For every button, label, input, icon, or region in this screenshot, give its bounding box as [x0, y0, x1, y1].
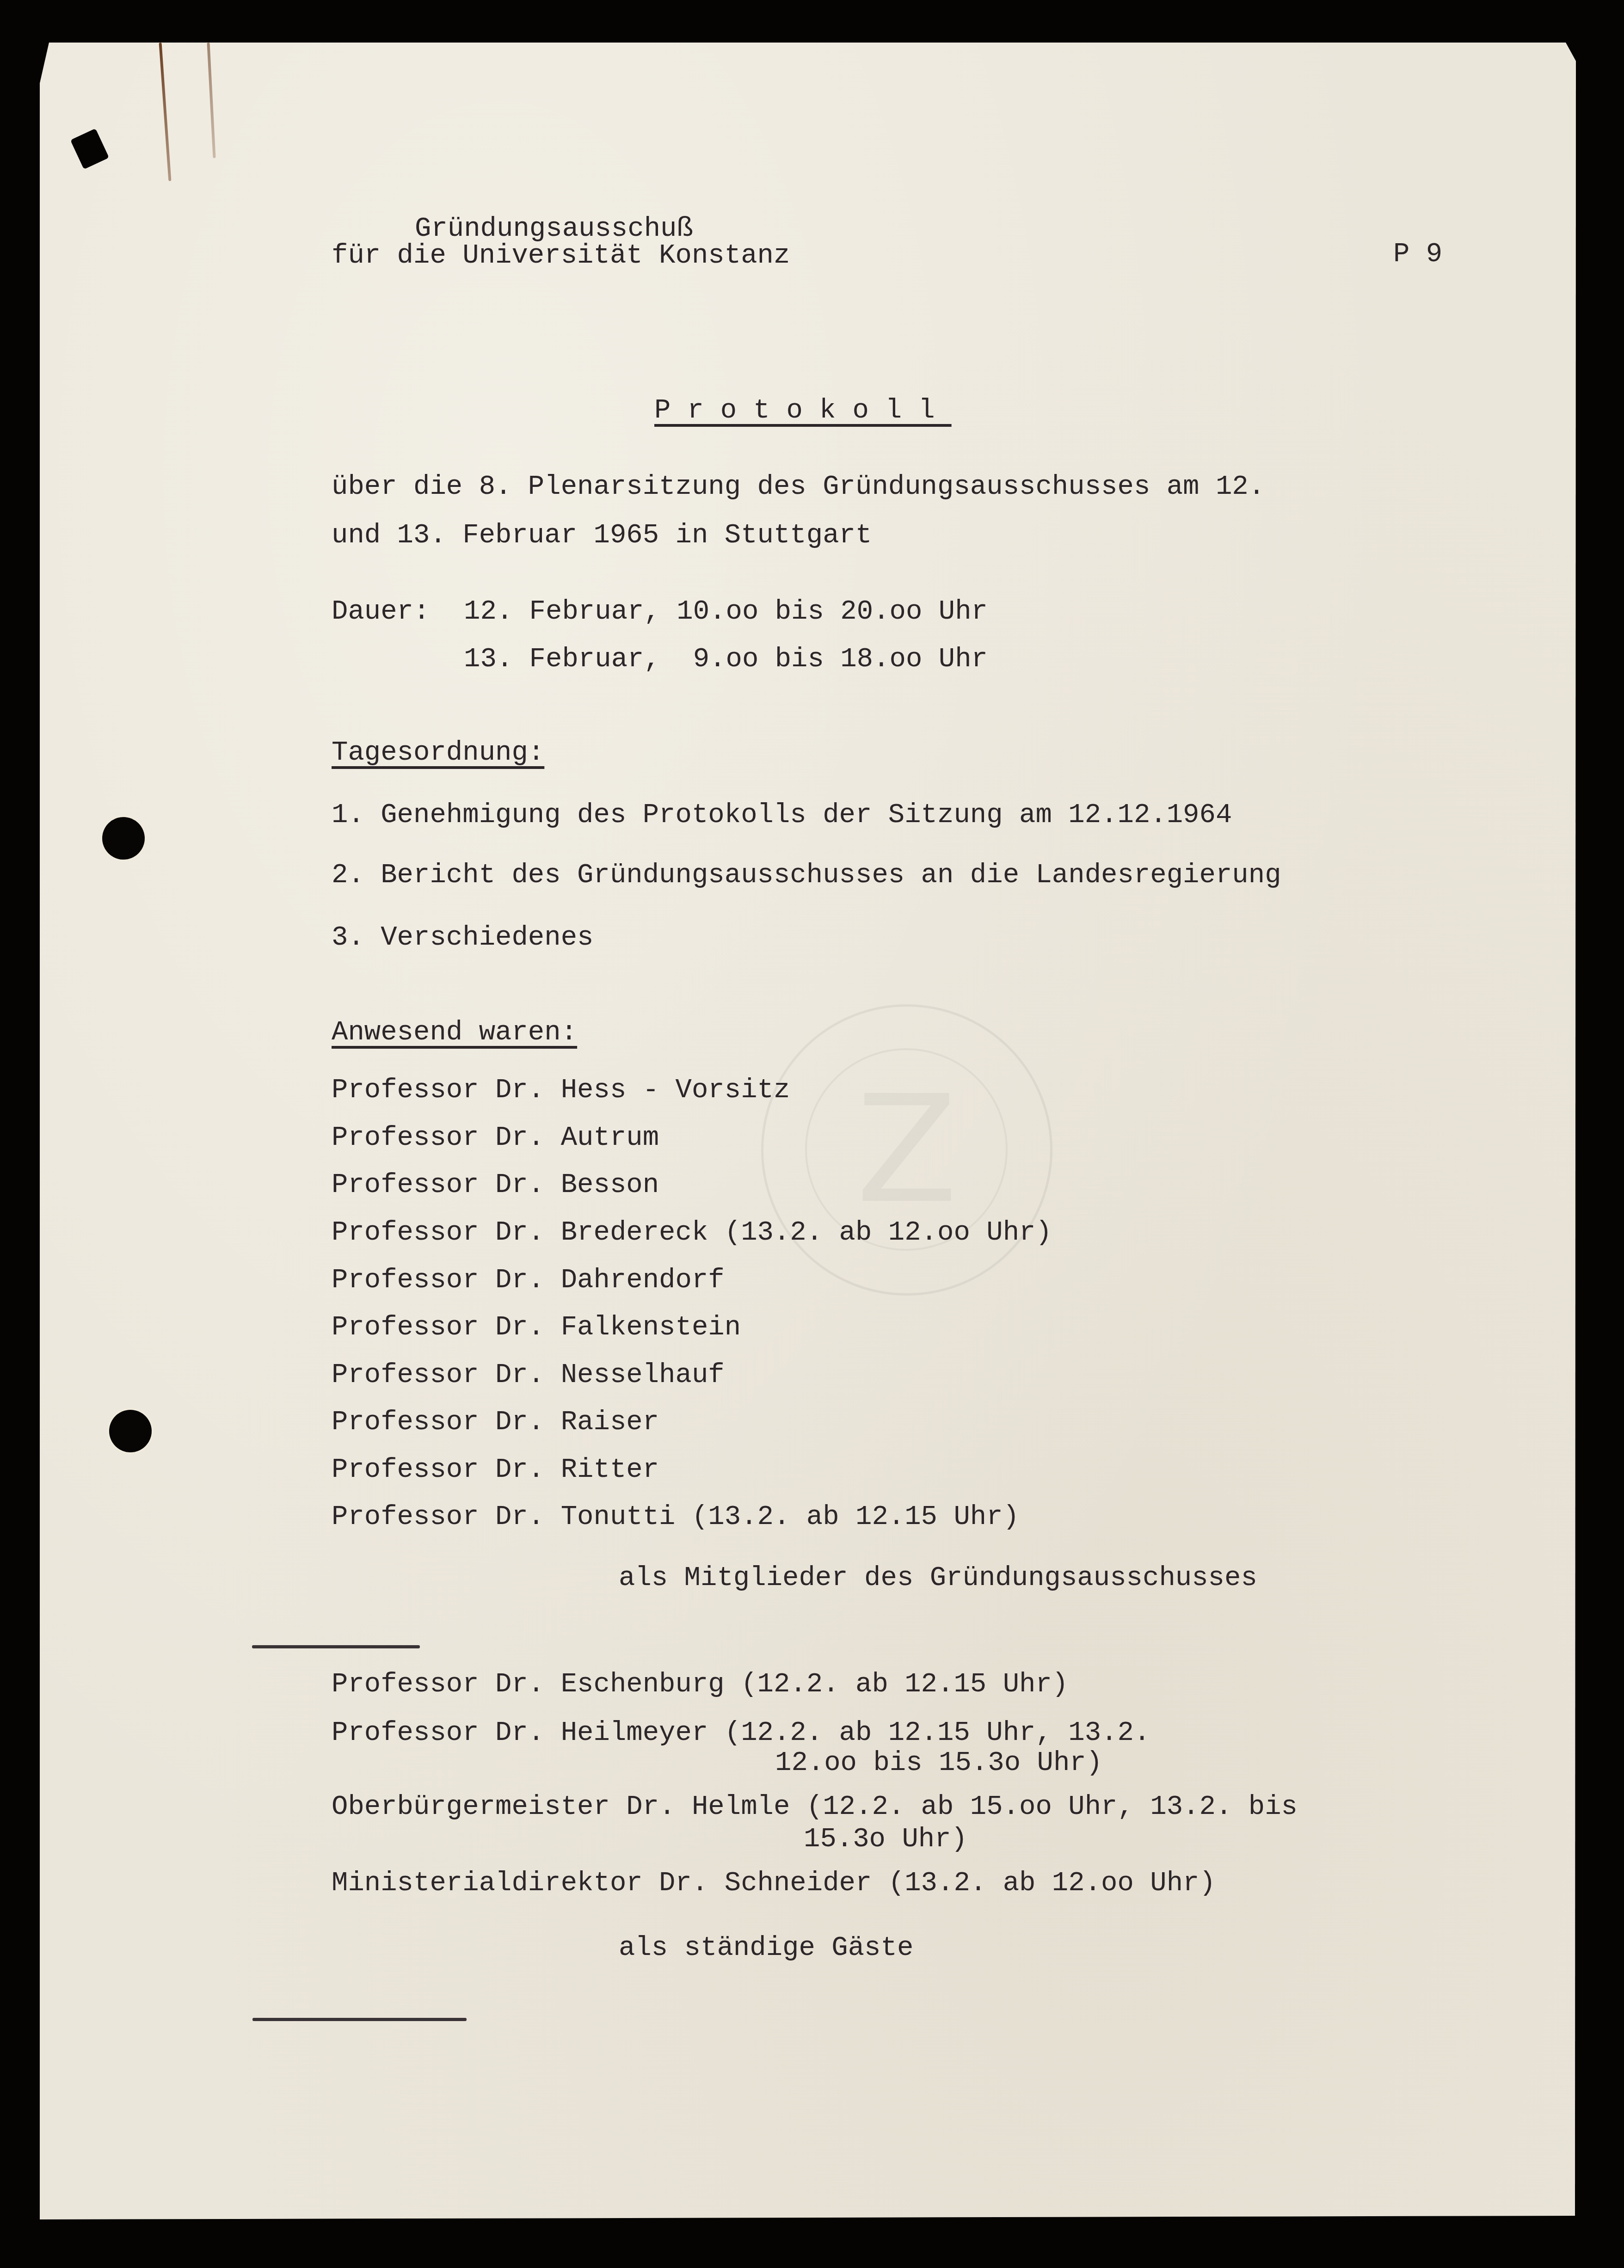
- agenda-heading: Tagesordnung:: [332, 739, 544, 766]
- pen-mark-right: [207, 43, 215, 158]
- member-row: Professor Dr. Hess - Vorsitz: [332, 1076, 790, 1104]
- org-name-line2: für die Universität Konstanz: [332, 242, 790, 269]
- agenda-item: 3. Verschiedenes: [332, 924, 594, 951]
- agenda-item: 2. Bericht des Gründungsausschusses an d…: [332, 861, 1281, 889]
- member-row: Professor Dr. Besson: [332, 1171, 659, 1199]
- guest-row: Ministerialdirektor Dr. Schneider (13.2.…: [332, 1869, 1216, 1897]
- member-row: Professor Dr. Dahrendorf: [332, 1266, 725, 1294]
- guest-row-continuation: 12.oo bis 15.3o Uhr): [775, 1749, 1102, 1776]
- member-row: Professor Dr. Nesselhauf: [332, 1361, 725, 1389]
- intro-line1: über die 8. Plenarsitzung des Gründungsa…: [332, 473, 1265, 500]
- member-row: Professor Dr. Tonutti (13.2. ab 12.15 Uh…: [332, 1503, 1019, 1530]
- watermark-z-glyph: Z: [763, 1076, 1050, 1224]
- guest-row: Professor Dr. Eschenburg (12.2. ab 12.15…: [332, 1671, 1068, 1698]
- page-reference: P 9: [1393, 240, 1442, 268]
- org-name-line1: Gründungsausschuß: [415, 215, 693, 242]
- member-row: Professor Dr. Autrum: [332, 1124, 659, 1151]
- duration-day1: 12. Februar, 10.oo bis 20.oo Uhr: [464, 598, 988, 625]
- guest-row-continuation: 15.3o Uhr): [804, 1825, 967, 1853]
- guests-caption: als ständige Gäste: [619, 1934, 913, 1961]
- intro-line2: und 13. Februar 1965 in Stuttgart: [332, 522, 872, 549]
- attendance-heading: Anwesend waren:: [332, 1019, 577, 1046]
- torn-corner-hole: [70, 129, 109, 170]
- pen-mark-left: [159, 43, 172, 181]
- guest-row: Oberbürgermeister Dr. Helmle (12.2. ab 1…: [332, 1793, 1298, 1820]
- section-divider: [252, 2018, 467, 2021]
- agenda-item: 1. Genehmigung des Protokolls der Sitzun…: [332, 801, 1232, 829]
- member-row: Professor Dr. Bredereck (13.2. ab 12.oo …: [332, 1219, 1052, 1246]
- duration-label: Dauer:: [332, 598, 430, 625]
- member-row: Professor Dr. Raiser: [332, 1408, 659, 1436]
- duration-day2: 13. Februar, 9.oo bis 18.oo Uhr: [464, 645, 988, 673]
- punch-hole-bottom: [109, 1410, 152, 1452]
- watermark-seal-icon: Z: [761, 1004, 1052, 1296]
- document-title: Protokoll: [654, 397, 952, 424]
- members-caption: als Mitglieder des Gründungsausschusses: [619, 1564, 1257, 1592]
- member-row: Professor Dr. Falkenstein: [332, 1314, 741, 1341]
- member-row: Professor Dr. Ritter: [332, 1456, 659, 1483]
- guest-row: Professor Dr. Heilmeyer (12.2. ab 12.15 …: [332, 1719, 1150, 1746]
- section-divider: [252, 1645, 420, 1648]
- punch-hole-top: [102, 817, 145, 860]
